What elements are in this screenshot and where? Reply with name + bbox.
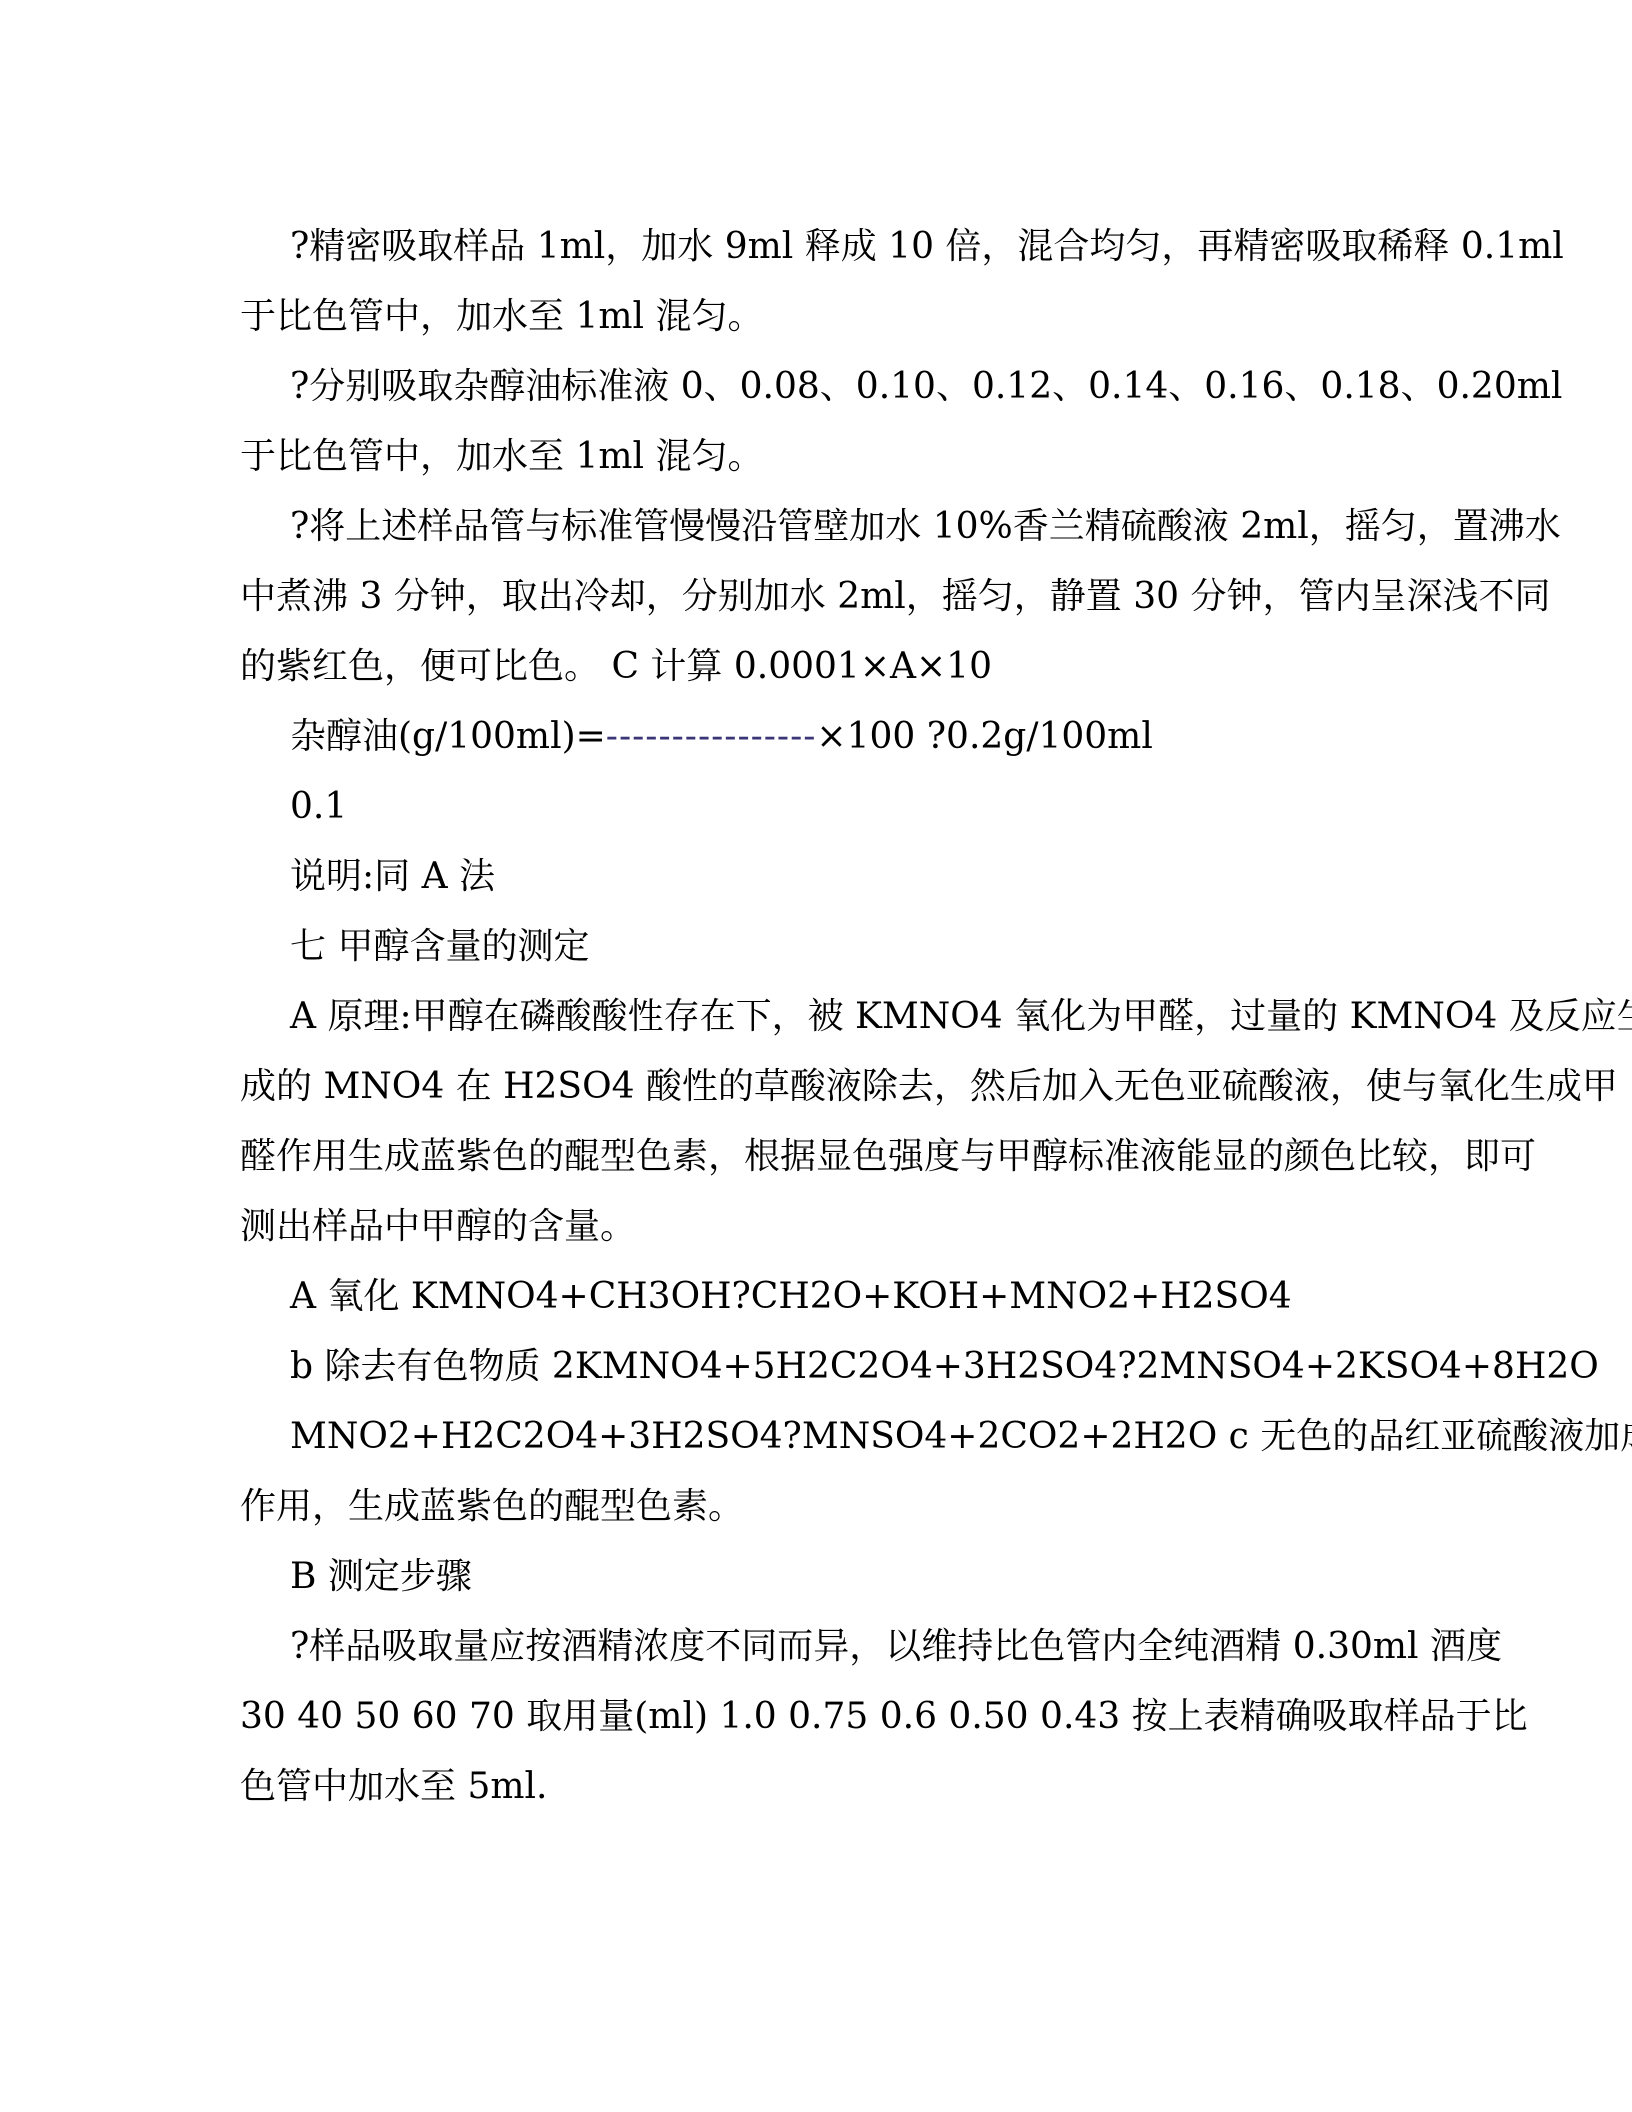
section-heading: B 测定步骤: [240, 1542, 1400, 1612]
text-line: 作用，生成蓝紫色的醌型色素。: [240, 1472, 1400, 1542]
text-block: ?精密吸取样品 1ml，加水 9ml 释成 10 倍，混合均匀，再精密吸取稀释 …: [240, 212, 1400, 1822]
text-line: 色管中加水至 5ml.: [240, 1752, 1400, 1822]
text-line: ?将上述样品管与标准管慢慢沿管壁加水 10%香兰精硫酸液 2ml，摇匀，置沸水: [240, 492, 1400, 562]
text-line: 说明:同 A 法: [240, 842, 1400, 912]
text-line: 30 40 50 60 70 取用量(ml) 1.0 0.75 0.6 0.50…: [240, 1682, 1400, 1752]
formula-right: ×100 ?0.2g/100ml: [816, 716, 1152, 757]
text-line: 成的 MNO4 在 H2SO4 酸性的草酸液除去，然后加入无色亚硫酸液，使与氧化…: [240, 1052, 1400, 1122]
text-line: A 原理:甲醇在磷酸酸性存在下，被 KMNO4 氧化为甲醛，过量的 KMNO4 …: [240, 982, 1400, 1052]
section-heading: 七 甲醇含量的测定: [240, 912, 1400, 982]
text-line: 于比色管中，加水至 1ml 混匀。: [240, 422, 1400, 492]
text-line: ?样品吸取量应按酒精浓度不同而异，以维持比色管内全纯酒精 0.30ml 酒度: [240, 1612, 1400, 1682]
formula-fraction-dashes: ----------------: [606, 716, 817, 757]
text-line: 0.1: [240, 772, 1400, 842]
text-line: 测出样品中甲醇的含量。: [240, 1192, 1400, 1262]
document-page: ?精密吸取样品 1ml，加水 9ml 释成 10 倍，混合均匀，再精密吸取稀释 …: [0, 0, 1632, 2112]
text-line: 于比色管中，加水至 1ml 混匀。: [240, 282, 1400, 352]
text-line: 的紫红色，便可比色。 C 计算 0.0001×A×10: [240, 632, 1400, 702]
text-line: 中煮沸 3 分钟，取出冷却，分别加水 2ml，摇匀，静置 30 分钟，管内呈深浅…: [240, 562, 1400, 632]
text-line: ?分别吸取杂醇油标准液 0、0.08、0.10、0.12、0.14、0.16、0…: [240, 352, 1400, 422]
formula-line: 杂醇油(g/100ml)=----------------×100 ?0.2g/…: [240, 702, 1400, 772]
text-line: A 氧化 KMNO4+CH3OH?CH2O+KOH+MNO2+H2SO4: [240, 1262, 1400, 1332]
text-line: b 除去有色物质 2KMNO4+5H2C2O4+3H2SO4?2MNSO4+2K…: [240, 1332, 1400, 1402]
text-line: MNO2+H2C2O4+3H2SO4?MNSO4+2CO2+2H2O c 无色的…: [240, 1402, 1400, 1472]
text-line: 醛作用生成蓝紫色的醌型色素，根据显色强度与甲醇标准液能显的颜色比较，即可: [240, 1122, 1400, 1192]
text-line: ?精密吸取样品 1ml，加水 9ml 释成 10 倍，混合均匀，再精密吸取稀释 …: [240, 212, 1400, 282]
formula-left: 杂醇油(g/100ml)=: [290, 716, 606, 757]
